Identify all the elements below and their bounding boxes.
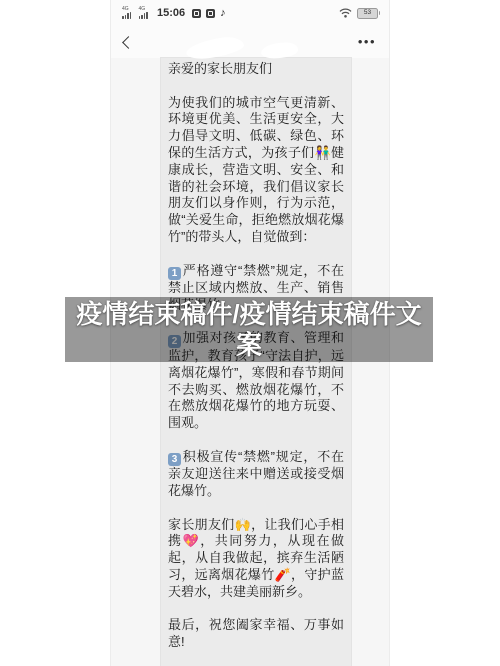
doc-item-3-text: 积极宣传“禁燃”规定，不在亲友迎送往来中赠送或接受烟花爆竹。 [168,449,344,498]
status-left-cluster: 4G 4G 15:06 ♪ [122,7,226,20]
wifi-icon [339,8,352,18]
back-button[interactable] [122,36,135,49]
nav-bar: ••• [111,26,389,58]
notification-app-icon [192,9,201,18]
status-time: 15:06 [157,7,185,19]
cellular-signal-icon-sim2: 4G [139,7,151,20]
status-right-cluster: 53 [339,8,378,19]
battery-icon: 53 [357,8,378,19]
keycap-1-icon: 1 [168,267,181,280]
doc-intro: 为使我们的城市空气更清新、环境更优美、生活更安全，大力倡导文明、低碳、绿色、环保… [168,95,344,246]
doc-item-3: 3积极宣传“禁燃”规定，不在亲友迎送往来中赠送或接受烟花爆竹。 [168,449,344,500]
sim1-network-label: 4G [122,6,129,12]
battery-percentage: 53 [364,9,371,17]
video-title-overlay: 疫情结束稿件/疫情结束稿件文 案 [65,297,433,362]
doc-appeal: 家长朋友们🙌，让我们心手相携💖，共同努力，从现在做起，从自我做起，摈弃生活陋习，… [168,517,344,601]
notification-app-icon [206,9,215,18]
document-page[interactable]: 亲爱的家长朋友们 为使我们的城市空气更清新、环境更优美、生活更安全，大力倡导文明… [161,58,351,666]
cellular-signal-icon-sim1: 4G [122,7,134,20]
doc-greeting: 亲爱的家长朋友们 [168,61,344,78]
music-note-icon: ♪ [220,9,226,18]
keycap-3-icon: 3 [168,453,181,466]
more-menu-button[interactable]: ••• [358,37,376,47]
status-bar: 4G 4G 15:06 ♪ 53 [111,0,389,26]
doc-closing: 最后，祝您阖家幸福、万事如意! [168,617,344,651]
video-title-line1: 疫情结束稿件/疫情结束稿件文 [76,299,421,330]
sim2-network-label: 4G [139,6,146,12]
video-title-line2: 案 [236,330,262,361]
